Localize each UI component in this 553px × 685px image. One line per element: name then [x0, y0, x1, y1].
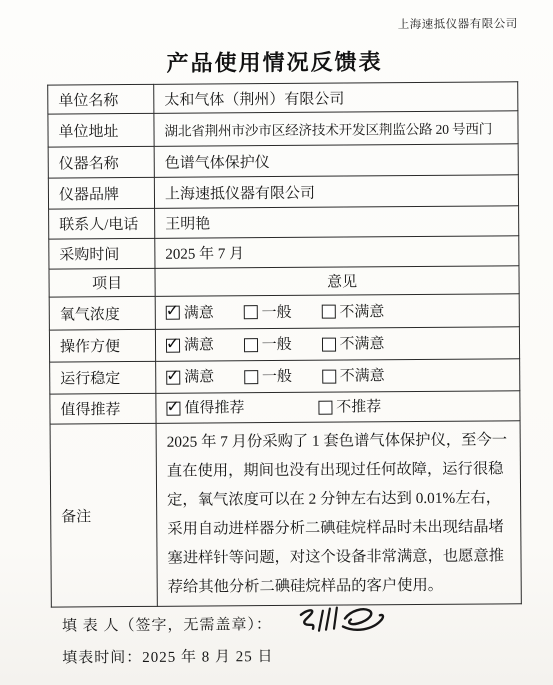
option-label: 值得推荐: [184, 396, 244, 417]
rating-options: 满意 一般 不满意: [156, 359, 520, 394]
option-satisfied: 满意: [166, 301, 240, 323]
option-label: 满意: [184, 301, 214, 322]
column-header-item: 项目: [49, 268, 155, 297]
checkbox-icon: [166, 401, 180, 415]
filler-signature-label: 填 表 人（签字，无需盖章）：: [62, 613, 272, 635]
row-label: 氧气浓度: [49, 296, 155, 330]
option-unsatisfied: 不满意: [322, 364, 385, 385]
row-label: 备注: [50, 423, 157, 607]
row-label: 单位名称: [48, 84, 154, 114]
table-row-opinion-header: 项目 意见: [49, 266, 519, 297]
row-label: 仪器品牌: [48, 177, 154, 209]
row-value: 2025 年 7 月: [155, 236, 519, 269]
table-row-worth-recommending: 值得推荐 值得推荐 不推荐: [50, 391, 520, 424]
row-value: 王明艳: [155, 206, 519, 239]
option-label: 一般: [261, 301, 291, 322]
remark-text: 2025 年 7 月份采购了 1 套色谱气体保护仪，至今一 直在使用，期间也没有…: [156, 421, 521, 607]
option-satisfied: 满意: [166, 334, 240, 356]
row-value: 色谱气体保护仪: [154, 144, 518, 178]
table-row-purchase-date: 采购时间 2025 年 7 月: [49, 236, 519, 269]
scan-tilt-wrapper: 上海速抵仪器有限公司 产品使用情况反馈表 单位名称 太和气体（荆州）有限公司 单…: [0, 0, 553, 685]
option-label: 一般: [262, 365, 292, 386]
table-row-running-stability: 运行稳定 满意 一般 不满意: [50, 359, 520, 394]
row-label: 单位地址: [48, 113, 154, 147]
column-header-opinion: 意见: [155, 266, 519, 297]
checkbox-icon: [244, 338, 258, 352]
row-label: 仪器名称: [48, 146, 154, 178]
table-row-ease-of-operation: 操作方便 满意 一般 不满意: [49, 327, 519, 362]
option-label: 满意: [184, 366, 214, 387]
checkbox-icon: [244, 370, 258, 384]
checkbox-icon: [322, 369, 336, 383]
option-label: 满意: [184, 334, 214, 355]
feedback-table: 单位名称 太和气体（荆州）有限公司 单位地址 湖北省荆州市沙市区经济技术开发区荆…: [47, 81, 522, 607]
rating-options: 值得推荐 不推荐: [156, 391, 520, 424]
checkbox-icon: [321, 305, 335, 319]
row-label: 运行稳定: [50, 361, 156, 394]
remark-line: 定，氧气浓度可以在 2 分钟左右达到 0.01%左右，: [167, 483, 520, 514]
checkbox-icon: [166, 370, 180, 384]
checkbox-icon: [166, 306, 180, 320]
remark-line: 2025 年 7 月份采购了 1 套色谱气体保护仪，至今一: [167, 425, 520, 456]
row-label: 值得推荐: [50, 393, 156, 424]
option-label: 一般: [262, 333, 292, 354]
table-row-instrument-brand: 仪器品牌 上海速抵仪器有限公司: [48, 175, 518, 209]
option-label: 不满意: [339, 332, 384, 353]
row-value: 太和气体（荆州）有限公司: [154, 82, 518, 114]
row-value: 上海速抵仪器有限公司: [154, 175, 518, 209]
checkbox-icon: [321, 337, 335, 351]
option-satisfied: 满意: [166, 366, 240, 388]
form-title: 产品使用情况反馈表: [0, 44, 551, 79]
table-row-unit-address: 单位地址 湖北省荆州市沙市区经济技术开发区荆监公路 20 号西门: [48, 111, 518, 147]
checkbox-icon: [318, 400, 332, 414]
fill-date-line: 填表时间：2025 年 8 月 25 日: [62, 645, 273, 667]
option-not-recommend: 不推荐: [318, 396, 381, 417]
option-average: 一般: [244, 333, 318, 355]
rating-options: 满意 一般 不满意: [155, 327, 519, 362]
rating-options: 满意 一般 不满意: [155, 294, 519, 330]
option-unsatisfied: 不满意: [321, 300, 384, 321]
table-row-instrument-name: 仪器名称 色谱气体保护仪: [48, 144, 518, 178]
remark-line: 塞进样针等问题，对这个设备非常满意，也愿意推: [167, 541, 520, 572]
handwritten-signature: [295, 600, 387, 641]
remark-line: 直在使用，期间也没有出现过任何故障，运行很稳: [167, 454, 520, 485]
company-name-header: 上海速抵仪器有限公司: [398, 15, 518, 32]
scanned-document-page: 上海速抵仪器有限公司 产品使用情况反馈表 单位名称 太和气体（荆州）有限公司 单…: [0, 0, 553, 685]
row-label: 联系人/电话: [49, 208, 155, 239]
option-label: 不满意: [340, 364, 385, 385]
option-recommend: 值得推荐: [166, 396, 314, 418]
remark-line: 荐给其他分析二碘硅烷样品的客户使用。: [168, 570, 521, 601]
row-value: 湖北省荆州市沙市区经济技术开发区荆监公路 20 号西门: [154, 111, 518, 147]
checkbox-icon: [166, 338, 180, 352]
table-row-oxygen-concentration: 氧气浓度 满意 一般 不满意: [49, 294, 519, 330]
table-row-unit-name: 单位名称 太和气体（荆州）有限公司: [48, 82, 518, 114]
option-average: 一般: [243, 300, 317, 322]
option-average: 一般: [244, 365, 318, 387]
option-label: 不推荐: [336, 396, 381, 417]
option-unsatisfied: 不满意: [321, 332, 384, 353]
table-row-contact: 联系人/电话 王明艳: [49, 206, 519, 239]
fill-date-label: 填表时间：: [62, 650, 142, 667]
row-label: 操作方便: [49, 329, 155, 362]
table-row-remarks: 备注 2025 年 7 月份采购了 1 套色谱气体保护仪，至今一 直在使用，期间…: [50, 421, 521, 607]
option-label: 不满意: [339, 300, 384, 321]
fill-date-value: 2025 年 8 月 25 日: [142, 649, 273, 666]
remark-line: 采用自动进样器分析二碘硅烷样品时未出现结晶堵: [167, 512, 520, 543]
checkbox-icon: [243, 305, 257, 319]
row-label: 采购时间: [49, 238, 155, 269]
